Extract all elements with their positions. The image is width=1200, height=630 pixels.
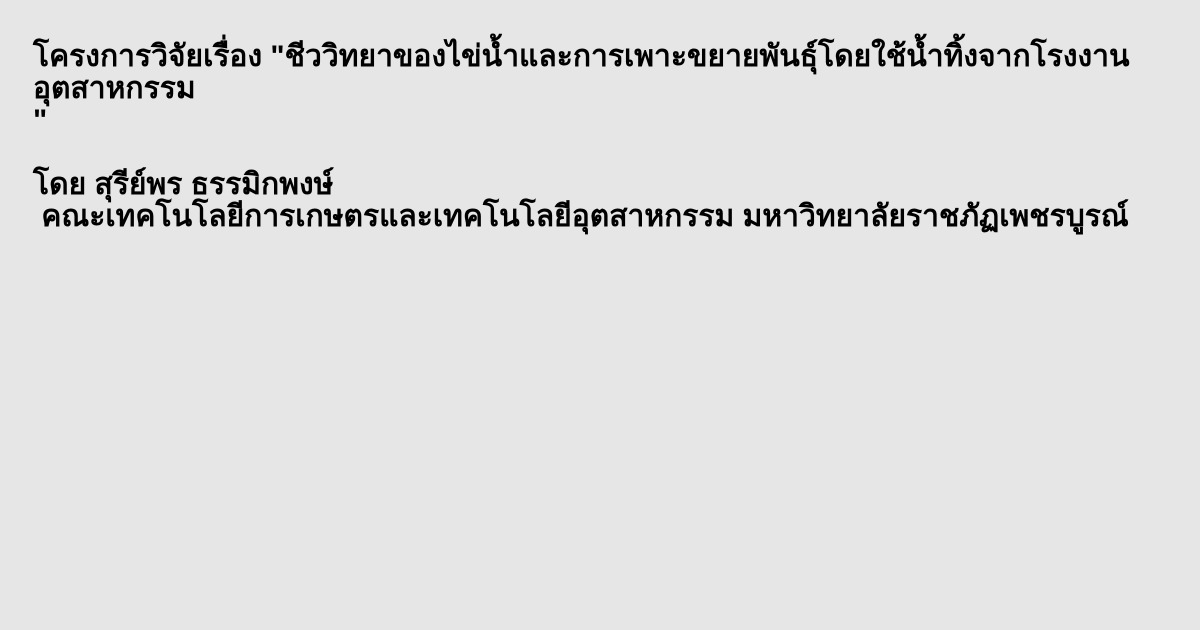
faculty-affiliation: คณะเทคโนโลยีการเกษตรและเทคโนโลยีอุตสาหกร…	[33, 201, 1170, 233]
research-og-card: โครงการวิจัยเรื่อง "ชีววิทยาของไข่น้ำและ…	[0, 0, 1200, 630]
research-title-line1: โครงการวิจัยเรื่อง "ชีววิทยาของไข่น้ำและ…	[33, 41, 1170, 105]
research-title-wrapped-quote: "	[33, 105, 1170, 137]
blank-line-spacer	[33, 137, 1170, 169]
author-byline: โดย สุรีย์พร ธรรมิกพงษ์	[33, 169, 1170, 201]
